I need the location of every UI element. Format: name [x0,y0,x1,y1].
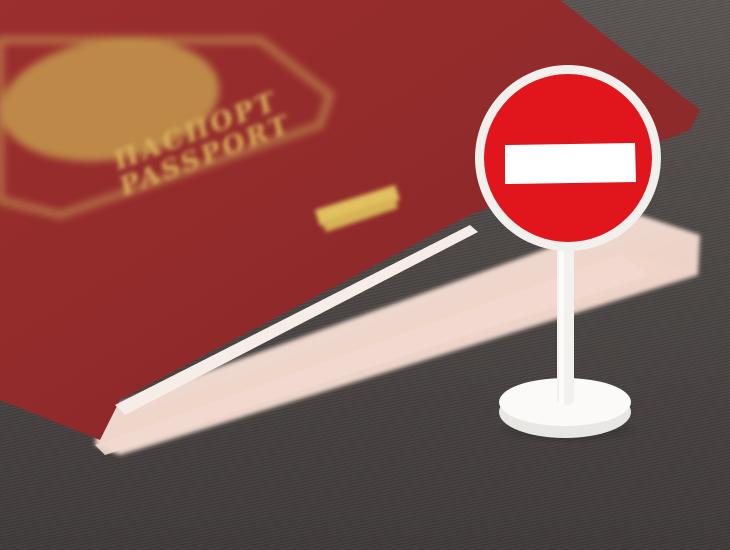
photo-illustration [0,0,730,550]
photo-scene: ПАСПОРТ PASSPORT [0,0,730,550]
no-entry-sign [475,65,661,251]
sign-bar [505,143,636,184]
